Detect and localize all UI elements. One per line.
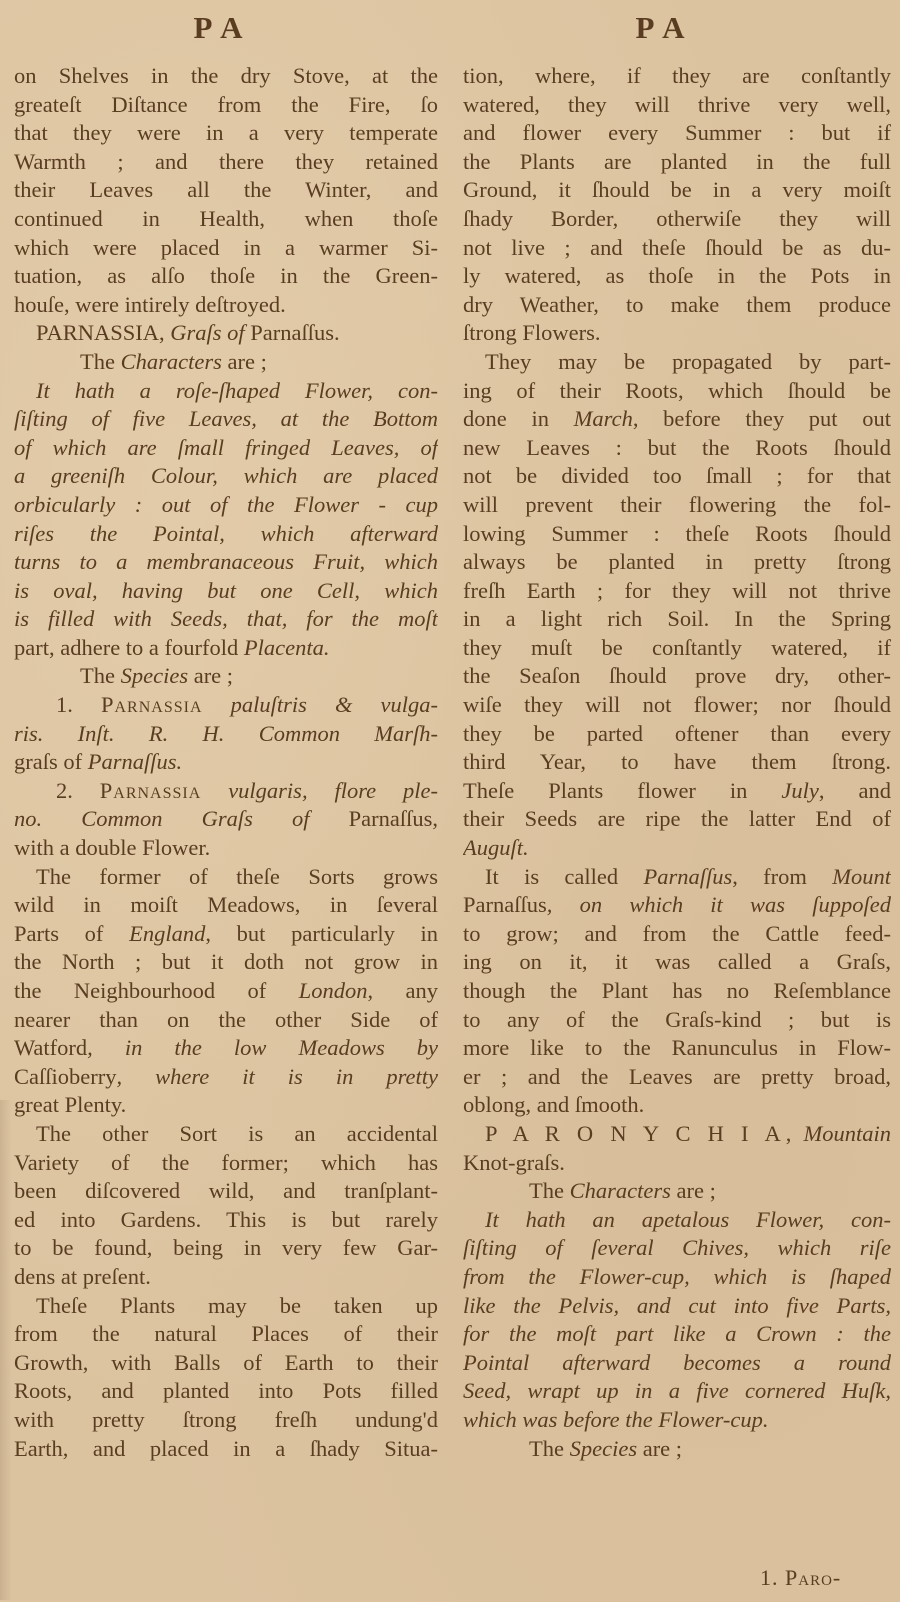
text-run: like the [463, 1293, 558, 1318]
text-run: are ; [671, 1178, 716, 1203]
text-line: The Species are ; [463, 1435, 891, 1464]
text-run: no. [14, 806, 42, 831]
text-run: 2. [56, 778, 100, 803]
text-run: Parnassia [100, 778, 202, 803]
text-line: Warmth ; and there they retained [14, 148, 438, 177]
text-line: tuation, as alſo thoſe in the Green- [14, 262, 438, 291]
text-line: watered, they will thrive very well, [463, 91, 891, 120]
text-run: Parnaſſus, [349, 806, 438, 831]
text-line: Caſſioberry, where it is in pretty [14, 1063, 438, 1092]
text-run: ris. Inſt. R. H. [14, 721, 224, 746]
text-line: Parts of England, but particularly in [14, 920, 438, 949]
text-line: It hath a roſe-ſhaped Flower, con- [14, 377, 438, 406]
text-run: Common Marſh- [224, 721, 438, 746]
text-run: March [574, 406, 633, 431]
text-run: The [80, 663, 121, 688]
text-line: Watford, in the low Meadows by [14, 1034, 438, 1063]
text-line: the Neighbourhood of London, any [14, 977, 438, 1006]
text-line: Theſe Plants flower in July, and [463, 777, 891, 806]
text-run: Parnaſſus. [88, 749, 182, 774]
text-line: done in March, before they put out [463, 405, 891, 434]
text-run: , and [819, 778, 891, 803]
text-run: Species [121, 663, 188, 688]
text-line: tion, where, if they are conſtantly [463, 62, 891, 91]
text-line: continued in Health, when thoſe [14, 205, 438, 234]
text-line: on Shelves in the dry Stove, at the [14, 62, 438, 91]
text-run: the Neighbourhood of [14, 978, 299, 1003]
text-run: Common Graſs of [42, 806, 349, 831]
text-run: PARNASSIA, [36, 320, 165, 345]
text-line: though the Plant has no Reſemblance [463, 977, 891, 1006]
text-run: The [80, 349, 121, 374]
text-line: nearer than on the other Side of [14, 1006, 438, 1035]
text-run: Parnassia [101, 692, 203, 717]
text-run: done in [463, 406, 574, 431]
text-run: Parnaſſus [463, 892, 547, 917]
running-head-left: PA [168, 10, 278, 50]
text-line: third Year, to have them ſtrong. [463, 748, 891, 777]
text-line: is oval, having but one Cell, which [14, 577, 438, 606]
text-line: dens at preſent. [14, 1263, 438, 1292]
text-line: and flower every Summer : but if [463, 119, 891, 148]
text-run: , any [367, 978, 438, 1003]
text-line: er ; and the Leaves are pretty broad, [463, 1063, 891, 1092]
text-line: houſe, were intirely deſtroyed. [14, 291, 438, 320]
text-line: the Seaſon ſhould prove dry, other- [463, 662, 891, 691]
text-line: The Characters are ; [14, 348, 438, 377]
text-run: , and cut into five Parts, [613, 1293, 891, 1318]
text-line: which was before the Flower-cup. [463, 1406, 891, 1435]
text-line: the North ; but it doth not grow in [14, 948, 438, 977]
text-run: London [299, 978, 368, 1003]
text-run: Mount [832, 864, 891, 889]
text-line: they muſt be conſtantly watered, if [463, 634, 891, 663]
text-run: , where it is in pretty [116, 1064, 438, 1089]
text-run: Watford [14, 1035, 87, 1060]
text-line: Roots, and planted into Pots filled [14, 1377, 438, 1406]
text-line: PARNASSIA, Graſs of Parnaſſus. [14, 319, 438, 348]
left-column-text: on Shelves in the dry Stove, at thegreat… [14, 62, 438, 1463]
text-line: like the Pelvis, and cut into five Parts… [463, 1292, 891, 1321]
text-run: P A R O N Y C H I A, [485, 1121, 796, 1146]
text-line: their Leaves all the Winter, and [14, 176, 438, 205]
text-run: Graſs of [165, 320, 251, 345]
text-line: P A R O N Y C H I A, Mountain [463, 1120, 891, 1149]
text-line: Variety of the former; which has [14, 1149, 438, 1178]
text-line: their Seeds are ripe the latter End of [463, 805, 891, 834]
text-run: Mountain [796, 1121, 891, 1146]
running-head-right: PA [610, 10, 720, 50]
text-run: Pelvis [558, 1293, 613, 1318]
text-line: that they were in a very temperate [14, 119, 438, 148]
text-line: of which are ſmall fringed Leaves, of [14, 434, 438, 463]
text-line: The other Sort is an accidental [14, 1120, 438, 1149]
text-run: Parnaſſus. [250, 320, 339, 345]
text-line: greateſt Diſtance from the Fire, ſo [14, 91, 438, 120]
text-run: are ; [222, 349, 267, 374]
text-line: 2. Parnassia vulgaris, flore ple- [14, 777, 438, 806]
text-line: to be found, being in very few Gar- [14, 1234, 438, 1263]
text-run: , from [732, 864, 832, 889]
text-line: not be divided too ſmall ; for that [463, 462, 891, 491]
text-line: They may be propagated by part- [463, 348, 891, 377]
text-line: which were placed in a warmer Si- [14, 234, 438, 263]
text-line: ly watered, as thoſe in the Pots in [463, 262, 891, 291]
text-line: been diſcovered wild, and tranſplant- [14, 1177, 438, 1206]
text-run: Characters [121, 349, 222, 374]
text-line: part, adhere to a fourfold Placenta. [14, 634, 438, 663]
text-line: great Plenty. [14, 1091, 438, 1120]
text-run: , but particularly in [205, 921, 438, 946]
text-line: Growth, with Balls of Earth to their [14, 1349, 438, 1378]
text-line: ſhady Border, otherwiſe they will [463, 205, 891, 234]
text-run: Species [570, 1436, 637, 1461]
text-line: wild in moiſt Meadows, in ſeveral [14, 891, 438, 920]
text-line: wiſe they will not flower; nor ſhould [463, 691, 891, 720]
text-run: , in the low Meadows by [87, 1035, 438, 1060]
text-line: Seed, wrapt up in a five cornered Huſk, [463, 1377, 891, 1406]
text-line: they be parted oftener than every [463, 720, 891, 749]
text-line: oblong, and ſmooth. [463, 1091, 891, 1120]
text-line: a greeniſh Colour, which are placed [14, 462, 438, 491]
text-line: ſiſting of five Leaves, at the Bottom [14, 405, 438, 434]
text-line: Ground, it ſhould be in a very moiſt [463, 176, 891, 205]
text-line: dry Weather, to make them produce [463, 291, 891, 320]
right-column-text: tion, where, if they are conſtantlywater… [463, 62, 891, 1463]
text-line: more like to the Ranunculus in Flow- [463, 1034, 891, 1063]
text-line: orbicularly : out of the Flower - cup [14, 491, 438, 520]
text-line: in a light rich Soil. In the Spring [463, 605, 891, 634]
text-line: to any of the Graſs-kind ; but is [463, 1006, 891, 1035]
text-line: lowing Summer : theſe Roots ſhould [463, 520, 891, 549]
text-run: are ; [637, 1436, 682, 1461]
text-line: The Species are ; [14, 662, 438, 691]
text-line: Pointal afterward becomes a round [463, 1349, 891, 1378]
catchword: 1. Paro- [760, 1565, 841, 1591]
text-run: The [529, 1178, 570, 1203]
text-line: not live ; and theſe ſhould be as du- [463, 234, 891, 263]
text-line: Auguſt. [463, 834, 891, 863]
text-run: , on which it was ſuppoſed [547, 892, 891, 917]
text-run: England [129, 921, 205, 946]
text-line: ſiſting of ſeveral Chives, which riſe [463, 1234, 891, 1263]
text-run: vulgaris, flore ple- [201, 778, 438, 803]
text-line: always be planted in pretty ſtrong [463, 548, 891, 577]
text-line: Theſe Plants may be taken up [14, 1292, 438, 1321]
text-line: It hath an apetalous Flower, con- [463, 1206, 891, 1235]
text-run: Parts of [14, 921, 129, 946]
text-line: Earth, and placed in a ſhady Situa- [14, 1435, 438, 1464]
text-run: are ; [188, 663, 233, 688]
text-line: from the natural Places of their [14, 1320, 438, 1349]
text-line: It is called Parnaſſus, from Mount [463, 863, 891, 892]
text-run: paluſtris & vulga- [203, 692, 439, 717]
text-line: the Plants are planted in the full [463, 148, 891, 177]
page-edge-shadow [0, 1100, 12, 1600]
text-run: Caſſioberry [14, 1064, 116, 1089]
text-run: 1. [56, 692, 101, 717]
text-line: ris. Inſt. R. H. Common Marſh- [14, 720, 438, 749]
text-line: The Characters are ; [463, 1177, 891, 1206]
text-run: Characters [570, 1178, 671, 1203]
text-line: 1. Parnassia paluſtris & vulga- [14, 691, 438, 720]
text-line: is filled with Seeds, that, for the moſt [14, 605, 438, 634]
text-run: , before they put out [633, 406, 891, 431]
text-line: ſtrong Flowers. [463, 319, 891, 348]
scanned-page: PA PA on Shelves in the dry Stove, at th… [0, 0, 900, 1602]
text-line: new Leaves : but the Roots ſhould [463, 434, 891, 463]
text-run: It is called [485, 864, 643, 889]
text-line: The former of theſe Sorts grows [14, 863, 438, 892]
text-line: for the moſt part like a Crown : the [463, 1320, 891, 1349]
text-line: ing of their Roots, which ſhould be [463, 377, 891, 406]
text-run: part, adhere to a fourfold [14, 635, 244, 660]
text-run: graſs of [14, 749, 88, 774]
text-line: from the Flower-cup, which is ſhaped [463, 1263, 891, 1292]
text-line: ing on it, it was called a Graſs, [463, 948, 891, 977]
text-line: with pretty ſtrong freſh undung'd [14, 1406, 438, 1435]
text-line: ed into Gardens. This is but rarely [14, 1206, 438, 1235]
text-line: no. Common Graſs of Parnaſſus, [14, 805, 438, 834]
text-run: Theſe Plants flower in [463, 778, 781, 803]
text-run: Placenta. [244, 635, 330, 660]
text-line: will prevent their flowering the fol- [463, 491, 891, 520]
text-run: July [781, 778, 818, 803]
text-run: The [529, 1436, 570, 1461]
text-line: riſes the Pointal, which afterward [14, 520, 438, 549]
text-line: with a double Flower. [14, 834, 438, 863]
text-line: to grow; and from the Cattle feed- [463, 920, 891, 949]
text-line: graſs of Parnaſſus. [14, 748, 438, 777]
text-line: freſh Earth ; for they will not thrive [463, 577, 891, 606]
text-line: turns to a membranaceous Fruit, which [14, 548, 438, 577]
text-run: Parnaſſus [643, 864, 732, 889]
text-line: Parnaſſus, on which it was ſuppoſed [463, 891, 891, 920]
text-line: Knot-graſs. [463, 1149, 891, 1178]
